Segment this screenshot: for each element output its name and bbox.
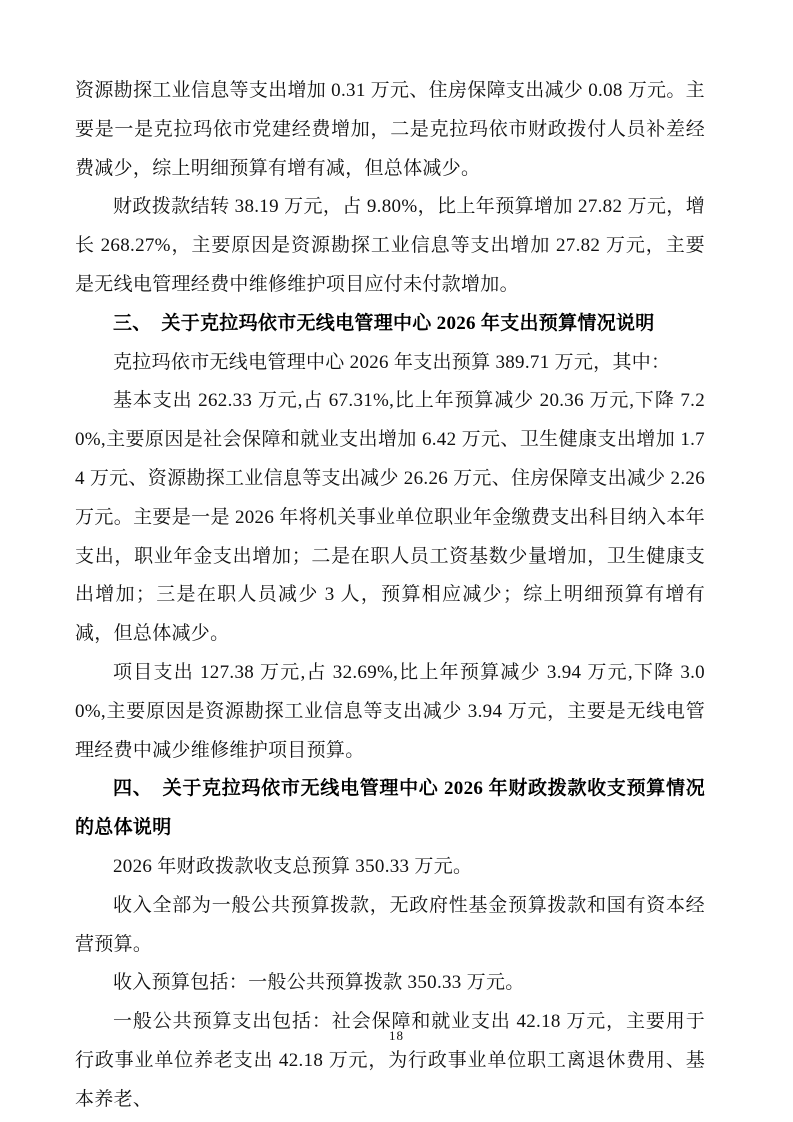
document-body: 资源勘探工业信息等支出增加 0.31 万元、住房保障支出减少 0.08 万元。主…	[75, 72, 705, 1120]
section-heading-four-fiscal-appropriation: 四、 关于克拉玛依市无线电管理中心 2026 年财政拨款收支预算情况的总体说明	[75, 770, 705, 848]
body-paragraph-income-source: 收入全部为一般公共预算拨款，无政府性基金预算拨款和国有资本经营预算。	[75, 887, 705, 965]
body-paragraph-income-budget: 收入预算包括：一般公共预算拨款 350.33 万元。	[75, 964, 705, 1003]
body-paragraph-fiscal-total-budget: 2026 年财政拨款收支总预算 350.33 万元。	[75, 848, 705, 887]
section-heading-three-expenditure-budget: 三、 关于克拉玛依市无线电管理中心 2026 年支出预算情况说明	[75, 305, 705, 344]
body-paragraph-basic-expenditure: 基本支出 262.33 万元,占 67.31%,比上年预算减少 20.36 万元…	[75, 382, 705, 654]
body-paragraph-continuation: 资源勘探工业信息等支出增加 0.31 万元、住房保障支出减少 0.08 万元。主…	[75, 72, 705, 188]
body-paragraph-project-expenditure: 项目支出 127.38 万元,占 32.69%,比上年预算减少 3.94 万元,…	[75, 654, 705, 770]
page-number: 18	[0, 1028, 793, 1044]
body-paragraph-public-budget-expenditure: 一般公共预算支出包括：社会保障和就业支出 42.18 万元，主要用于行政事业单位…	[75, 1003, 705, 1119]
document-page: 资源勘探工业信息等支出增加 0.31 万元、住房保障支出减少 0.08 万元。主…	[0, 0, 793, 1122]
body-paragraph-total-expenditure: 克拉玛依市无线电管理中心 2026 年支出预算 389.71 万元，其中：	[75, 344, 705, 383]
body-paragraph-carryover-funds: 财政拨款结转 38.19 万元，占 9.80%，比上年预算增加 27.82 万元…	[75, 188, 705, 304]
